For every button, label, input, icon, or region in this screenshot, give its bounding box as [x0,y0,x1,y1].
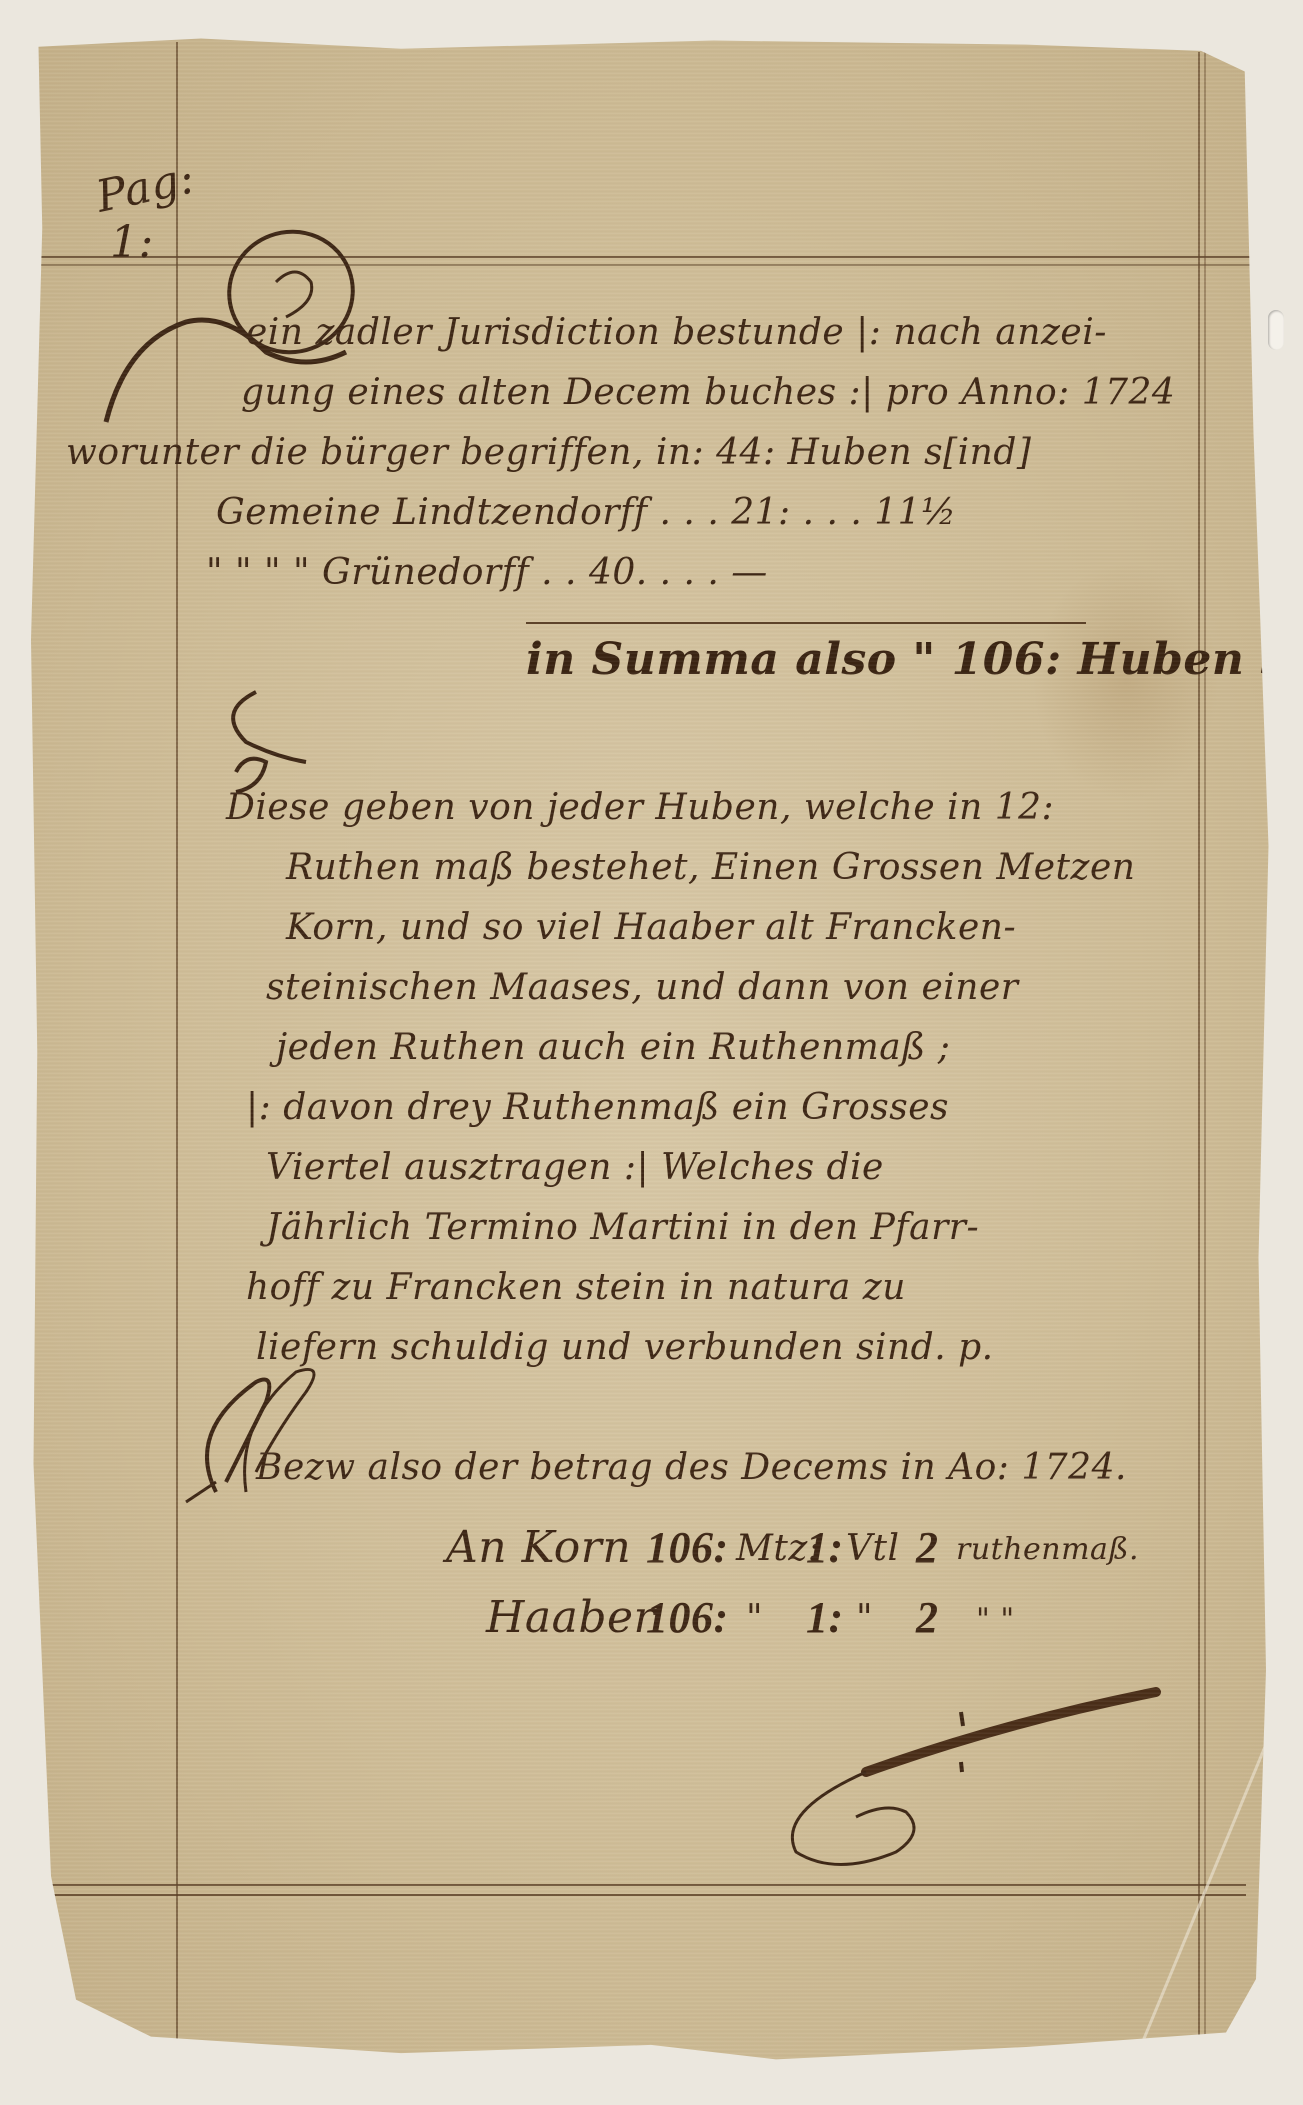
section2-line-5: jeden Ruthen auch ein Ruthenmaß ; [276,1027,950,1068]
section2-line-8: Jährlich Termino Martini in den Pfarr- [266,1207,979,1248]
row-label: An Korn [446,1522,631,1573]
row-unit-2: " [856,1598,873,1639]
section2-line-7: Viertel ausztragen :| Welches die [266,1147,884,1188]
summary-overline [526,622,1086,624]
amount-row-korn: An Korn 106: Mtz: 1: Vtl 2 ruthenmaß. [446,1522,1226,1572]
section1-line-3: worunter die bürger begriffen, in: 44: H… [66,432,1031,473]
row-amount: 106: [646,1592,729,1643]
section1-line-2: gung eines alten Decem buches :| pro Ann… [241,372,1175,413]
bottom-footer-rule [26,1884,1246,1886]
section1-line-1: ein zadler Jurisdiction bestunde |: nach… [246,312,1107,353]
amount-row-haaber: Haaber 106: " 1: " 2 " " [446,1592,1226,1642]
section1-summary: in Summa also " 106: Huben 5: " [526,634,1303,685]
section2-line-10: liefern schuldig und verbunden sind. p. [256,1327,994,1368]
row-unit-3: " " [976,1602,1015,1637]
row-v3: 2 [916,1522,939,1573]
row-v3: 2 [916,1592,939,1643]
section2-line-3: Korn, und so viel Haaber alt Francken- [286,907,1016,948]
section1-line-4: Gemeine Lindtzendorff . . . 21: . . . 11… [216,492,956,533]
section2-line-9: hoff zu Francken stein in natura zu [246,1267,906,1308]
manuscript-page: Pag: 1: ein zadler Jurisdiction bestunde… [26,22,1276,2082]
section2-line-6: |: davon drey Ruthenmaß ein Grosses [246,1087,949,1128]
section1-line-5: " " " " Grünedorff . . 40. . . . — [206,552,768,593]
section3-intro: Bezw also der betrag des Decems in Ao: 1… [256,1447,1127,1488]
section2-line-1: Diese geben von jeder Huben, welche in 1… [226,787,1054,828]
row-v2: 1: [806,1522,844,1573]
row-unit-1: " [746,1598,763,1639]
section2-line-2: Ruthen maß bestehet, Einen Grossen Metze… [286,847,1135,888]
initial-b-flourish-icon [176,1352,356,1512]
row-unit-3: ruthenmaß. [956,1532,1139,1567]
binding-hole [1268,310,1284,350]
row-v2: 1: [806,1592,844,1643]
row-label: Haaber [486,1592,655,1643]
row-unit-2: Vtl [846,1528,899,1569]
section2-line-4: steinischen Maases, und dann von einer [266,967,1018,1008]
row-amount: 106: [646,1522,729,1573]
bottom-footer-rule-2 [26,1894,1246,1896]
